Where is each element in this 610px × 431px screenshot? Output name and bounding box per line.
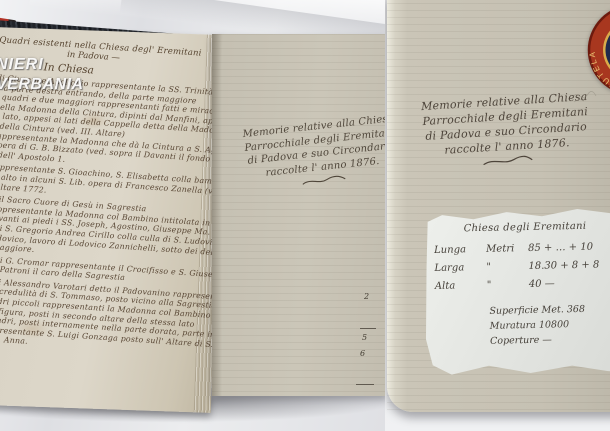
note-title: Chiesa degli Eremitani: [464, 220, 610, 234]
note-total-line: Coperture —: [490, 331, 610, 349]
carabinieri-tutela-badge-icon: TUTELA: [587, 4, 610, 96]
note-measurement-row-unit: ": [486, 258, 528, 277]
right-photo-booklet: Memorie relative alla Chiesa Parrocchial…: [385, 0, 610, 431]
note-measurement-row-unit: ": [487, 276, 529, 295]
note-measurement-row-label: Larga: [434, 259, 486, 278]
watermark-line: NIERI: [0, 55, 84, 75]
note-measurement-row-unit: Metri: [486, 240, 528, 259]
note-measurement-row-label: Lunga: [434, 241, 486, 260]
note-measurement-row-label: Alta: [435, 277, 487, 296]
edge-rule: [360, 328, 376, 329]
ruled-lines: [212, 34, 385, 396]
note-measurement-row-value: 18.30 + 8 + 8: [528, 256, 610, 276]
evidence-photo-collage: Quadri esistenti nella Chiesa degl' Erem…: [0, 0, 610, 431]
edge-annotation: 6: [360, 349, 365, 358]
gutter-shadow: [212, 34, 222, 396]
edge-rule: [356, 384, 374, 385]
booklet-cover-partial: Memorie relative alla Chiesa Parrocchial…: [212, 34, 385, 396]
faint-ink-scribble: [571, 88, 597, 104]
note-text-block: Chiesa degli Eremitani LungaMetri85 + … …: [434, 220, 610, 350]
left-photo-manuscript: Quadri esistenti nella Chiesa degl' Erem…: [0, 0, 385, 431]
note-measurement-rows: LungaMetri85 + … + 10Larga"18.30 + 8 + 8…: [434, 238, 610, 296]
edge-annotation: 2: [364, 292, 369, 301]
note-measurement-row-value: 40 —: [529, 274, 610, 294]
note-measurement-row: Alta"40 —: [435, 274, 610, 296]
note-measurement-row-value: 85 + … + 10: [528, 238, 610, 258]
watermark-carabinieri-verbania: NIERI VERBANIA: [0, 55, 84, 95]
edge-annotation: 5: [362, 333, 367, 342]
note-totals: Superficie Met. 368Muratura 10800Copertu…: [489, 301, 610, 349]
watermark-line: VERBANIA: [0, 75, 84, 95]
pasted-measurement-note: Chiesa degli Eremitani LungaMetri85 + … …: [423, 208, 610, 375]
manuscript-body-lines: di Giuseppe Apollonio rappresentante la …: [0, 73, 209, 357]
